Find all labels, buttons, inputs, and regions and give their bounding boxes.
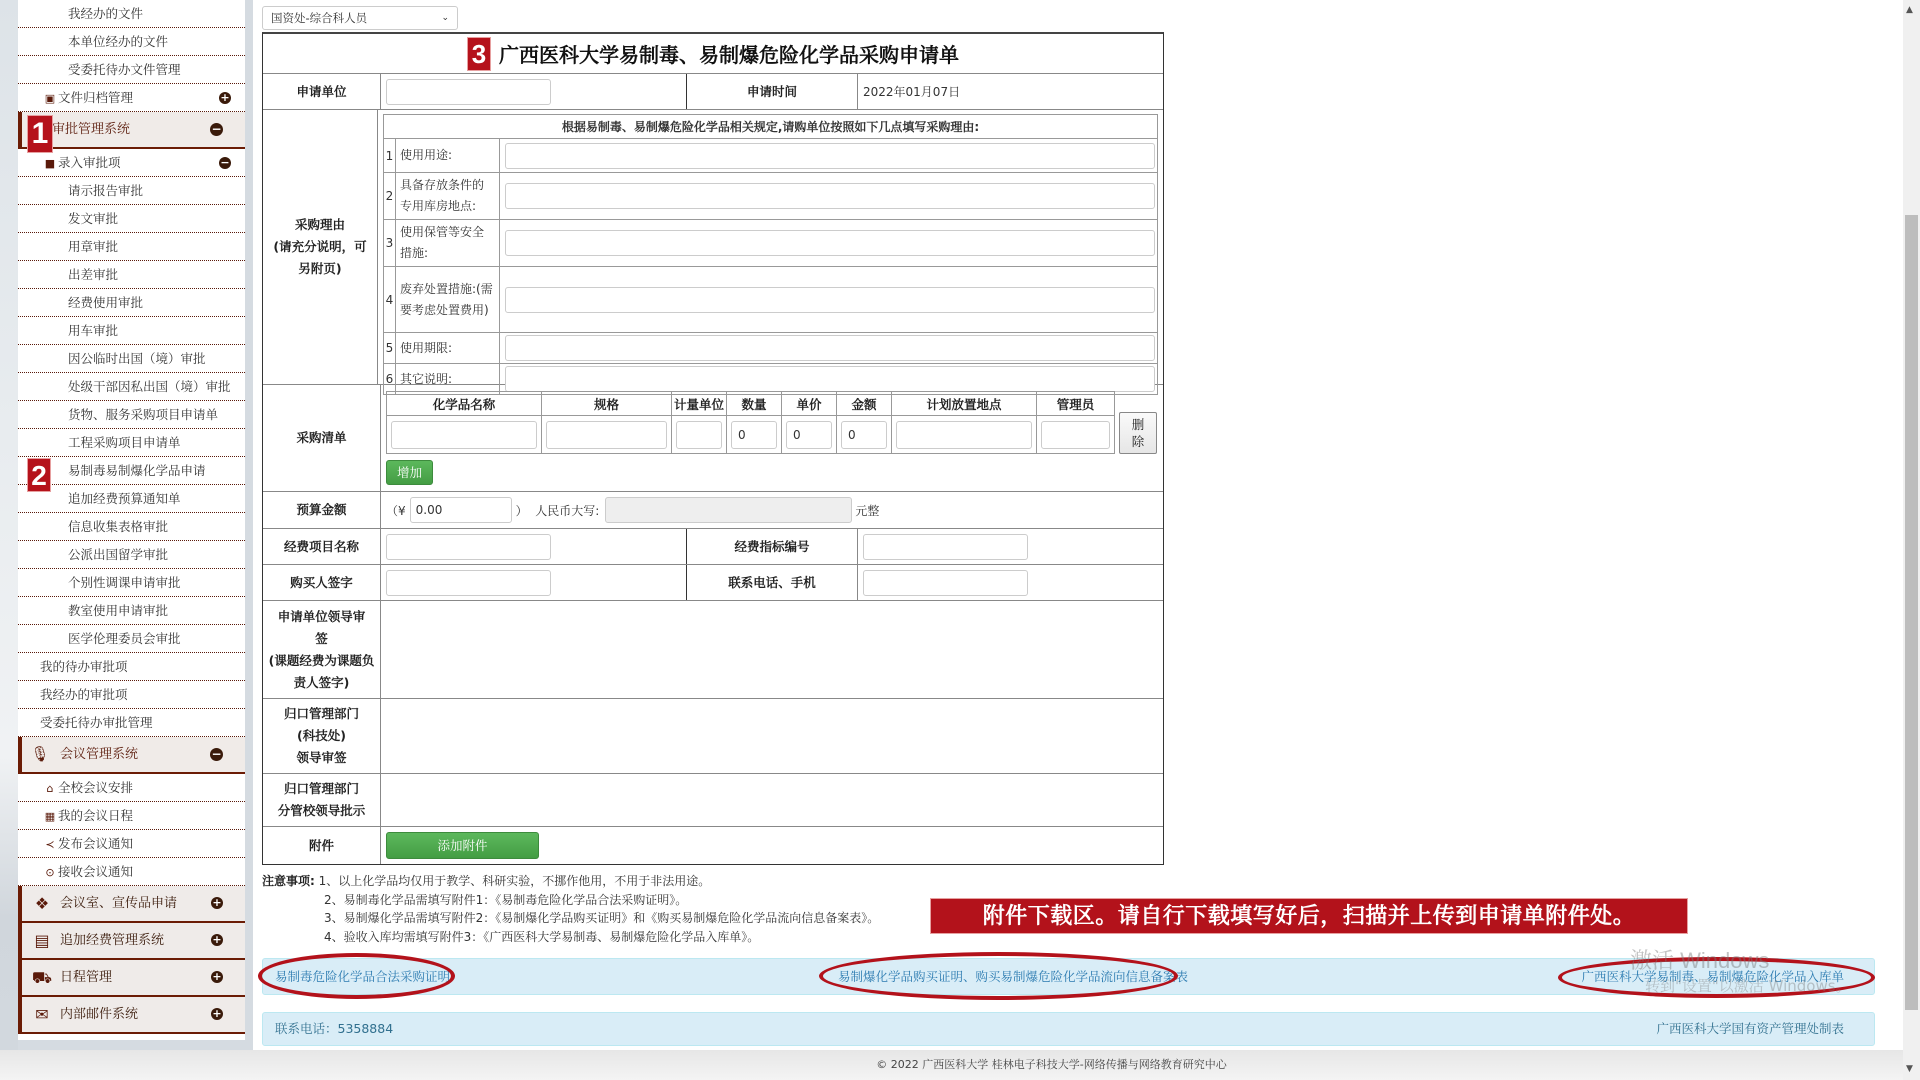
archive-icon: ▣ [43, 85, 57, 113]
car-icon: ⛟ [30, 960, 54, 995]
budget-amount-input[interactable]: 0.00 [410, 497, 512, 523]
column-header: 金额 [837, 392, 892, 416]
sidebar-category-mail[interactable]: ✉内部邮件系统 + [18, 997, 245, 1034]
sidebar-item-approval[interactable]: 用章审批 [18, 233, 245, 261]
applicant-unit-label: 申请单位 [263, 74, 381, 109]
purchase-items-table: 化学品名称规格计量单位数量单价金额计划放置地点管理员 000 [386, 391, 1115, 454]
budget-row: 预算金额 （¥ 0.00 ） 人民币大写: 元整 [263, 492, 1163, 529]
expand-icon[interactable]: + [211, 897, 223, 909]
item-location-input[interactable] [896, 421, 1032, 449]
sidebar-item-approval[interactable]: 医学伦理委员会审批 [18, 625, 245, 653]
sidebar-item-approval[interactable]: 易制毒易制爆化学品申请 [18, 457, 245, 485]
applicant-row: 申请单位 申请时间 2022年01月07日 [263, 74, 1163, 110]
sidebar-item-approval[interactable]: 请示报告审批 [18, 177, 245, 205]
sidebar-item-approval[interactable]: 用车审批 [18, 317, 245, 345]
item-name-input[interactable] [391, 421, 537, 449]
sidebar-item-approval[interactable]: 处级干部因私出国（境）审批 [18, 373, 245, 401]
share-icon: ≺ [43, 831, 57, 859]
sidebar-item-approval[interactable]: 经费使用审批 [18, 289, 245, 317]
phone-input[interactable] [863, 570, 1028, 596]
scroll-down-arrow-icon[interactable]: ▼ [1906, 1064, 1913, 1074]
column-header: 单价 [782, 392, 837, 416]
project-row: 经费项目名称 经费指标编号 [263, 529, 1163, 565]
sidebar-item-delegated-files[interactable]: 受委托待办文件管理 [18, 56, 245, 84]
collapse-icon[interactable]: − [210, 748, 223, 761]
vp-sign-label: 归口管理部门分管校领导批示 [263, 774, 381, 826]
attachment-label: 附件 [263, 827, 381, 864]
item-unit-input[interactable] [676, 421, 722, 449]
sidebar-item-archive[interactable]: ▣文件归档管理 + [18, 84, 245, 112]
reason-table: 根据易制毒、易制爆危险化学品相关规定,请购单位按照如下几点填写采购理由: 1使用… [383, 114, 1158, 395]
sidebar-category-extra-funds[interactable]: ▤追加经费管理系统 + [18, 923, 245, 960]
fund-code-input[interactable] [863, 534, 1028, 560]
column-header: 数量 [727, 392, 782, 416]
contact-phone: 联系电话：5358884 [275, 1013, 393, 1045]
leader-sign-row: 申请单位领导审签(课题经费为课题负责人签字) [263, 601, 1163, 699]
reason-label: 采购理由(请充分说明，可另附页) [263, 110, 378, 384]
purchase-application-form: 3 广西医科大学易制毒、易制爆危险化学品采购申请单 申请单位 申请时间 2022… [262, 32, 1164, 865]
attachment-download-banner: 附件下载区。请自行下载填写好后，扫描并上传到申请单附件处。 [930, 898, 1688, 934]
applicant-unit-input[interactable] [386, 79, 551, 105]
sidebar-item-approval-queue[interactable]: 受委托待办审批管理 [18, 709, 245, 737]
reason-row-item: 3使用保管等安全措施: [384, 220, 1158, 267]
microphone-icon: 🎙 [30, 737, 50, 772]
scrollbar-thumb[interactable] [1905, 215, 1918, 1010]
reason-row-item: 2具备存放条件的专用库房地点: [384, 173, 1158, 220]
item-spec-input[interactable] [546, 421, 667, 449]
sidebar-category-meeting-room[interactable]: ❖会议室、宣传品申请 + [18, 886, 245, 923]
reason-row-item: 4废弃处置措施:(需要考虑处置费用) [384, 267, 1158, 333]
reason-input[interactable] [505, 230, 1155, 256]
calendar-icon: ▦ [43, 803, 57, 831]
issuer-text: 广西医科大学国有资产管理处制表 [1656, 1013, 1844, 1045]
download-link-1[interactable]: 易制毒危险化学品合法采购证明 [275, 959, 450, 994]
sidebar-item-approval[interactable]: 个别性调课申请审批 [18, 569, 245, 597]
item-manager-input[interactable] [1041, 421, 1110, 449]
main-content: 国资处-综合科人员 ⌄ 3 广西医科大学易制毒、易制爆危险化学品采购申请单 申请… [253, 0, 1903, 1050]
item-amount-input[interactable]: 0 [841, 421, 887, 449]
add-row-button[interactable]: 增加 [386, 460, 433, 485]
annotation-marker-3: 3 [467, 37, 491, 71]
page-footer: © 2022 广西医科大学 桂林电子科技大学-网络传播与网络教育研究中心 [0, 1050, 1903, 1080]
page-background [0, 0, 18, 1080]
purchase-list-row: 采购清单 化学品名称规格计量单位数量单价金额计划放置地点管理员 000 删除 增… [263, 385, 1163, 492]
column-header: 计量单位 [672, 392, 727, 416]
home-icon: ⌂ [43, 775, 57, 803]
sidebar-item-entry[interactable]: ■录入审批项 − [18, 149, 245, 177]
sidebar-item-approval[interactable]: 因公临时出国（境）审批 [18, 345, 245, 373]
buyer-row: 购买人签字 联系电话、手机 [263, 565, 1163, 601]
briefcase-icon: ■ [43, 150, 57, 178]
reason-input[interactable] [505, 287, 1155, 313]
sidebar: 我经办的文件 本单位经办的文件 受委托待办文件管理 ▣文件归档管理 + 审批管理… [18, 0, 245, 1040]
unit-role-select[interactable]: 国资处-综合科人员 ⌄ [262, 6, 458, 30]
buyer-sign-input[interactable] [386, 570, 551, 596]
expand-icon[interactable]: + [219, 92, 231, 104]
download-link-2[interactable]: 易制爆化学品购买证明、购买易制爆危险化学品流向信息备案表 [838, 959, 1188, 994]
vertical-scrollbar[interactable]: ▲ ▼ [1903, 0, 1920, 1080]
reason-input[interactable] [505, 183, 1155, 209]
envelope-icon: ✉ [30, 997, 54, 1032]
form-title: 广西医科大学易制毒、易制爆危险化学品采购申请单 [499, 39, 959, 68]
dept-sign-label: 归口管理部门(科技处)领导审签 [263, 699, 381, 773]
vp-sign-row: 归口管理部门分管校领导批示 [263, 774, 1163, 827]
expand-icon[interactable]: + [211, 934, 223, 946]
buyer-sign-label: 购买人签字 [263, 565, 381, 600]
windows-activation-watermark: 激活 Windows [1630, 944, 1769, 975]
cubes-icon: ❖ [30, 886, 54, 921]
column-header: 计划放置地点 [892, 392, 1037, 416]
project-name-input[interactable] [386, 534, 551, 560]
sidebar-item-approval[interactable]: 货物、服务采购项目申请单 [18, 401, 245, 429]
sidebar-item-approval[interactable]: 追加经费预算通知单 [18, 485, 245, 513]
vp-sign-area [381, 774, 1163, 826]
purchase-list-label: 采购清单 [263, 385, 381, 491]
contact-bar: 联系电话：5358884 广西医科大学国有资产管理处制表 [262, 1012, 1875, 1046]
sidebar-item-approval-queue[interactable]: 我经办的审批项 [18, 681, 245, 709]
scroll-up-arrow-icon[interactable]: ▲ [1906, 5, 1913, 15]
sidebar-item-school-meetings[interactable]: ⌂全校会议安排 [18, 774, 245, 802]
reason-row: 采购理由(请充分说明，可另附页) 根据易制毒、易制爆危险化学品相关规定,请购单位… [263, 110, 1163, 385]
item-price-input[interactable]: 0 [786, 421, 832, 449]
dept-sign-area [381, 699, 1163, 773]
reason-header: 根据易制毒、易制爆危险化学品相关规定,请购单位按照如下几点填写采购理由: [384, 115, 1158, 139]
sidebar-category-schedule[interactable]: ⛟日程管理 + [18, 960, 245, 997]
sidebar-item-unit-files[interactable]: 本单位经办的文件 [18, 28, 245, 56]
annotation-marker-2: 2 [27, 458, 51, 492]
dept-sign-row: 归口管理部门(科技处)领导审签 [263, 699, 1163, 774]
sidebar-item-approval[interactable]: 发文审批 [18, 205, 245, 233]
budget-label: 预算金额 [263, 492, 381, 528]
collapse-icon[interactable]: − [219, 157, 231, 169]
leader-sign-area [381, 601, 1163, 698]
download-circle-icon: ⊙ [43, 859, 57, 887]
column-header: 化学品名称 [387, 392, 542, 416]
sidebar-item-my-schedule[interactable]: ▦我的会议日程 [18, 802, 245, 830]
sidebar-item-my-files[interactable]: 我经办的文件 [18, 0, 245, 28]
form-title-row: 3 广西医科大学易制毒、易制爆危险化学品采购申请单 [263, 34, 1163, 74]
sidebar-item-approval[interactable]: 工程采购项目申请单 [18, 429, 245, 457]
table-row: 000 [387, 416, 1115, 454]
sidebar-item-approval[interactable]: 教室使用申请审批 [18, 597, 245, 625]
apply-time-value: 2022年01月07日 [858, 74, 1163, 109]
expand-icon[interactable]: + [211, 971, 223, 983]
sidebar-item-approval[interactable]: 出差审批 [18, 261, 245, 289]
sidebar-item-approval[interactable]: 公派出国留学审批 [18, 541, 245, 569]
reason-input[interactable] [505, 335, 1155, 361]
annotation-marker-1: 1 [27, 115, 53, 153]
fund-code-label: 经费指标编号 [686, 529, 858, 564]
apply-time-label: 申请时间 [686, 74, 858, 109]
reason-row-item: 1使用用途: [384, 139, 1158, 173]
windows-activation-hint: 转到"设置"以激活 Windows。 [1645, 975, 1851, 996]
expand-icon[interactable]: + [211, 1008, 223, 1020]
collapse-icon[interactable]: − [210, 123, 223, 136]
reason-row-item: 5使用期限: [384, 333, 1158, 364]
add-attachment-button[interactable]: 添加附件 [386, 832, 539, 859]
reason-input[interactable] [505, 143, 1155, 169]
chevron-down-icon: ⌄ [441, 7, 449, 29]
sidebar-item-publish-notice[interactable]: ≺发布会议通知 [18, 830, 245, 858]
item-qty-input[interactable]: 0 [731, 421, 777, 449]
budget-uppercase-field [605, 497, 852, 523]
notes: 注意事项: 1、以上化学品均仅用于教学、科研实验，不挪作他用，不用于非法用途。 … [262, 872, 879, 946]
sidebar-item-receive-notice[interactable]: ⊙接收会议通知 [18, 858, 245, 886]
id-card-icon: ▤ [30, 923, 54, 958]
project-name-label: 经费项目名称 [263, 529, 381, 564]
delete-row-button[interactable]: 删除 [1119, 412, 1157, 454]
attachment-row: 附件 添加附件 [263, 827, 1163, 864]
column-header: 规格 [542, 392, 672, 416]
sidebar-item-approval-queue[interactable]: 我的待办审批项 [18, 653, 245, 681]
leader-sign-label: 申请单位领导审签(课题经费为课题负责人签字) [263, 601, 381, 698]
phone-label: 联系电话、手机 [686, 565, 858, 600]
column-header: 管理员 [1037, 392, 1115, 416]
sidebar-section-meeting[interactable]: 🎙 会议管理系统 − [18, 737, 245, 774]
sidebar-item-approval[interactable]: 信息收集表格审批 [18, 513, 245, 541]
